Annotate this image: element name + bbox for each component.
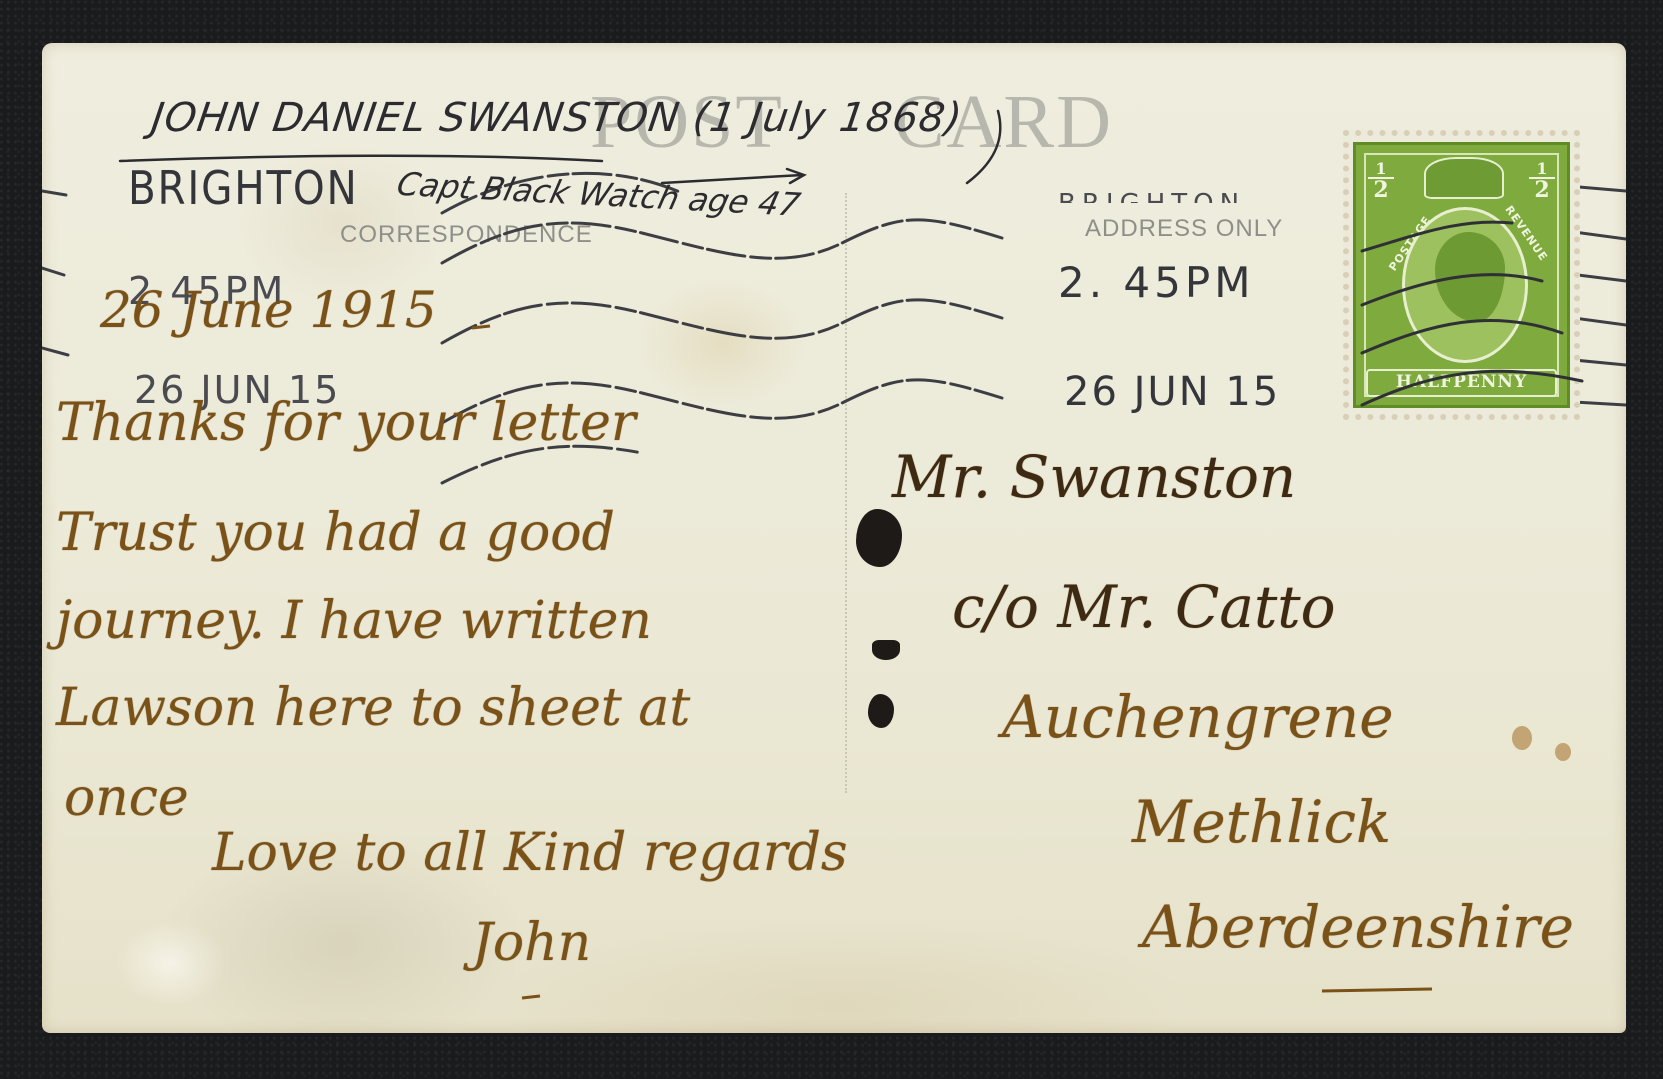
postcard: POSTCARD CORRESPONDENCE ADDRESS ONLY [42, 43, 1626, 1033]
stamp-cancellation-lines [42, 43, 1626, 1033]
